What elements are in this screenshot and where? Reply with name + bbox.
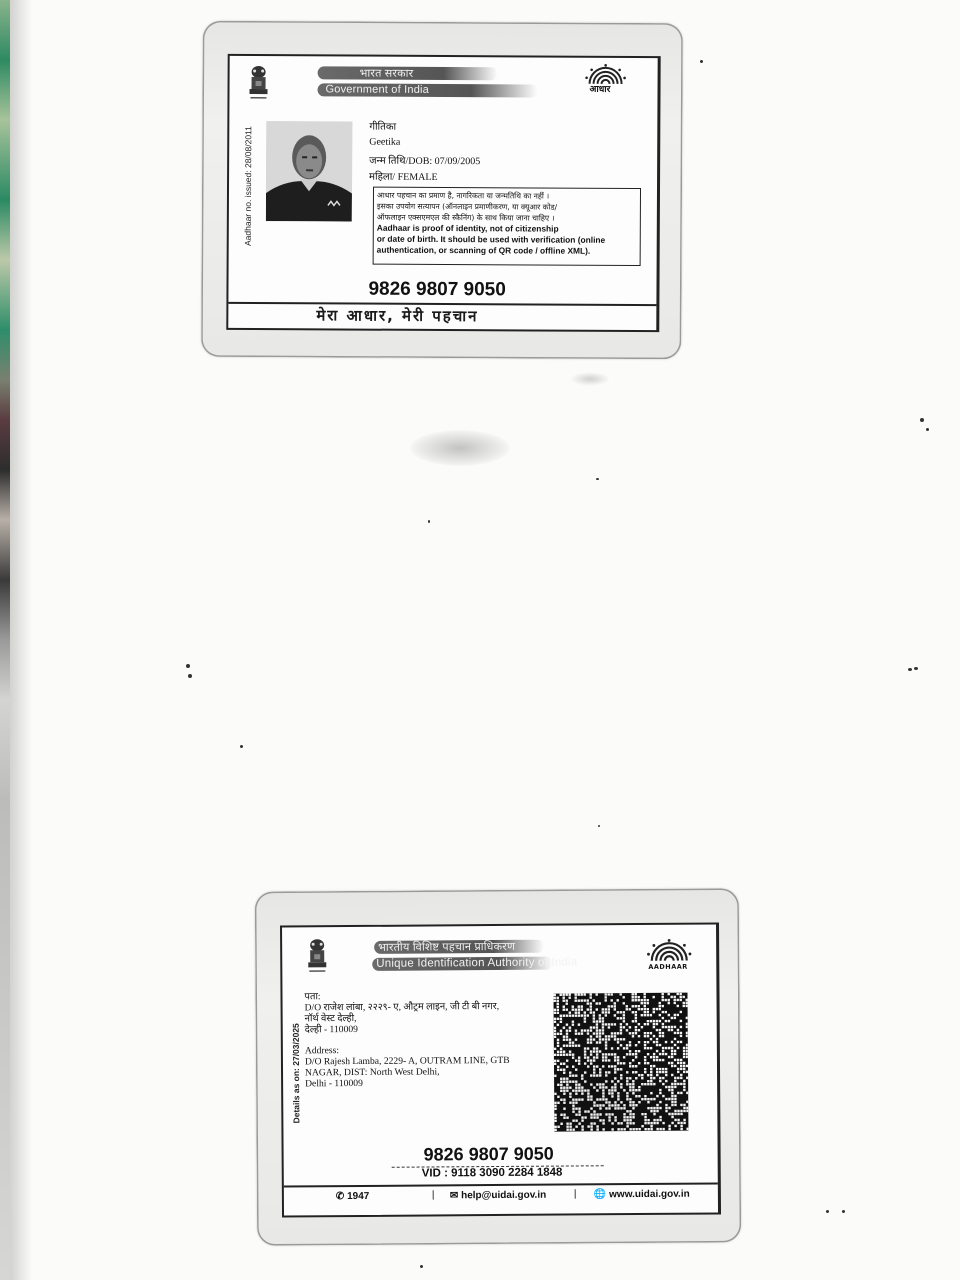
separator: | — [432, 1189, 435, 1200]
aadhaar-card-front: भारत सरकार Government of India आधार Aadh… — [201, 21, 683, 360]
paper-edge-strip — [0, 0, 10, 1280]
scan-speck — [700, 60, 703, 63]
globe-icon: 🌐 — [594, 1189, 607, 1200]
gender: महिला/ FEMALE — [369, 169, 438, 183]
national-emblem-icon — [304, 937, 330, 975]
virtual-id: VID : 9118 3090 2284 1848 — [422, 1167, 563, 1180]
helpline-number: 1947 — [347, 1191, 369, 1202]
header-english: Government of India — [325, 83, 429, 96]
name-hindi: गीतिका — [369, 119, 396, 133]
card-back-panel: भारतीय विशिष्ट पहचान प्राधिकरण Unique Id… — [280, 922, 721, 1217]
support-email-text: help@uidai.gov.in — [461, 1190, 546, 1202]
aadhaar-logo-icon — [644, 939, 694, 963]
scan-speck — [428, 520, 430, 523]
paper-edge-shadow — [10, 0, 32, 1280]
aadhaar-logo-label: AADHAAR — [648, 963, 688, 971]
disclaimer-english-line: authentication, or scanning of QR code /… — [377, 245, 637, 257]
scan-speck — [826, 1210, 829, 1213]
footer-contact-row: ✆ 1947 | ✉ help@uidai.gov.in | 🌐 www.uid… — [284, 1184, 718, 1209]
aadhaar-card-back: भारतीय विशिष्ट पहचान प्राधिकरण Unique Id… — [255, 888, 741, 1245]
scan-smudge — [570, 372, 610, 386]
date-of-birth: जन्म तिथि/DOB: 07/09/2005 — [369, 153, 480, 168]
scan-speck — [842, 1210, 845, 1213]
website-link[interactable]: 🌐 www.uidai.gov.in — [594, 1189, 690, 1201]
scan-speck — [598, 825, 600, 827]
address-hindi: पता: D/O राजेश लांबा, २२२९- ए, औट्रम लाइ… — [304, 990, 549, 1036]
scan-speck — [596, 478, 599, 480]
scan-speck — [914, 667, 918, 670]
name-english: Geetika — [369, 137, 400, 148]
header-hindi: भारत सरकार — [360, 66, 414, 81]
aadhaar-number: 9826 9807 9050 — [368, 279, 505, 302]
scan-smudge — [410, 430, 510, 466]
mail-icon: ✉ — [450, 1190, 458, 1201]
address-hindi-line: देल्ही - 110009 — [305, 1023, 550, 1036]
national-emblem-icon — [245, 64, 271, 102]
support-email[interactable]: ✉ help@uidai.gov.in — [450, 1190, 546, 1202]
phone-icon: ✆ — [336, 1191, 344, 1202]
address-english: Address: D/O Rajesh Lamba, 2229- A, OUTR… — [305, 1044, 550, 1090]
holder-photo — [266, 121, 353, 221]
aadhaar-logo-label: आधार — [590, 82, 611, 95]
scan-speck — [420, 1265, 423, 1268]
details-date-label: Details as on: 27/03/2025 — [291, 1023, 302, 1123]
tagline: मेरा आधार, मेरी पहचान — [316, 305, 478, 326]
scan-speck — [240, 745, 243, 748]
card-front-panel: भारत सरकार Government of India आधार Aadh… — [226, 54, 660, 332]
address-english-line: Delhi - 110009 — [305, 1077, 550, 1090]
scan-speck — [920, 418, 924, 422]
separator: | — [574, 1188, 577, 1199]
scan-speck — [186, 664, 190, 668]
aadhaar-number: 9826 9807 9050 — [424, 1144, 554, 1166]
issued-date-label: Aadhaar no. issued: 28/08/2011 — [243, 126, 254, 246]
header-hindi: भारतीय विशिष्ट पहचान प्राधिकरण — [378, 939, 515, 955]
scan-speck — [908, 668, 912, 671]
qr-code — [553, 993, 688, 1132]
helpline: ✆ 1947 — [336, 1191, 369, 1202]
scan-speck — [188, 674, 192, 678]
scan-speck — [926, 428, 929, 431]
header-english: Unique Identification Authority of India — [376, 956, 577, 969]
website-text: www.uidai.gov.in — [609, 1189, 690, 1201]
disclaimer-box: आधार पहचान का प्रमाण है, नागरिकता या जन्… — [373, 187, 641, 266]
